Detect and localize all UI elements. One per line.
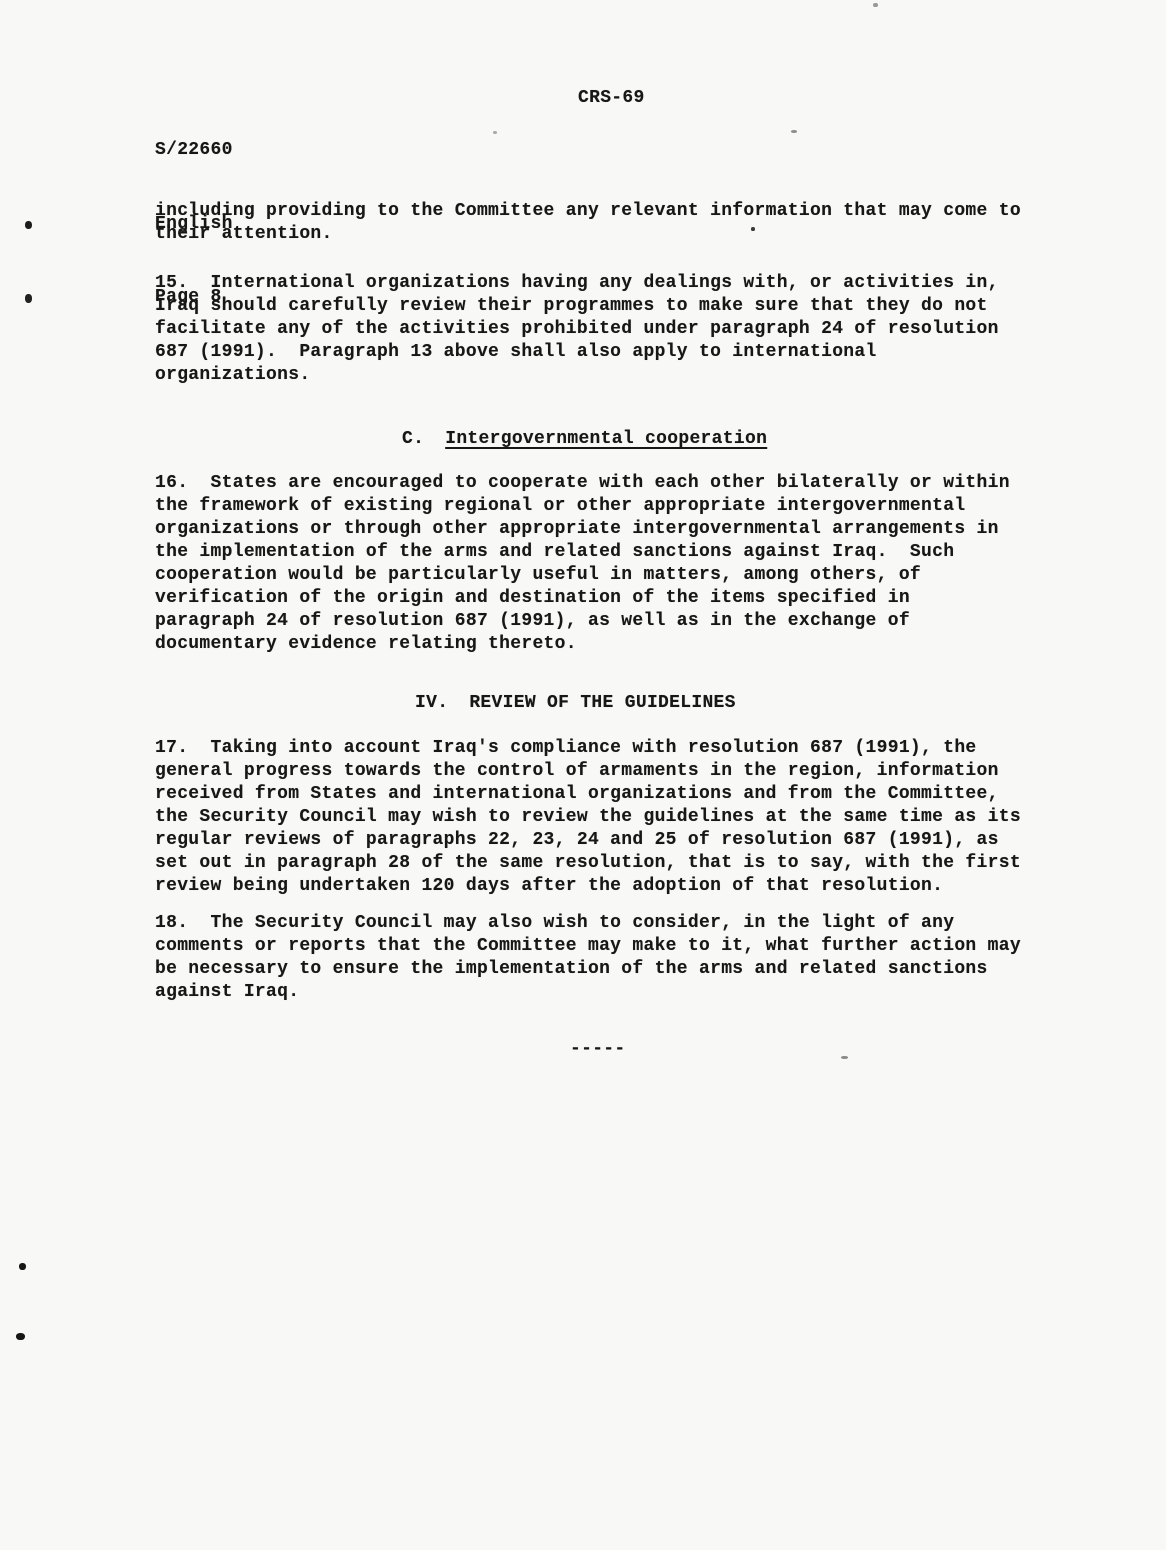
section-iv-label: IV. [415,692,448,715]
scan-speck [873,3,878,7]
doc-symbol: S/22660 [155,138,233,163]
scan-speck [16,1333,25,1340]
section-iv-title: REVIEW OF THE GUIDELINES [469,692,735,715]
scan-speck [841,1056,848,1059]
scan-speck [25,294,32,303]
paragraph-17: 17. Taking into account Iraq's complianc… [155,737,1021,898]
paragraph-15: 15. International organizations having a… [155,272,999,387]
scan-speck [19,1263,26,1270]
section-iv-heading: IV. REVIEW OF THE GUIDELINES [415,692,736,715]
end-of-document-dashes: ----- [570,1038,626,1061]
paragraph-14-continuation: including providing to the Committee any… [155,200,1021,246]
section-c-heading: C. Intergovernmental cooperation [402,428,767,451]
scan-speck [751,227,755,231]
scanned-document-page: S/22660 English Page 8 CRS-69 including … [0,0,1166,1550]
scan-speck [791,130,797,133]
doc-stamp-crs: CRS-69 [578,87,645,110]
scan-speck [25,221,32,229]
paragraph-18: 18. The Security Council may also wish t… [155,912,1021,1004]
section-c-label: C. [402,428,424,451]
section-c-title: Intergovernmental cooperation [445,428,767,451]
scan-speck [493,131,497,134]
paragraph-16: 16. States are encouraged to cooperate w… [155,472,1010,656]
